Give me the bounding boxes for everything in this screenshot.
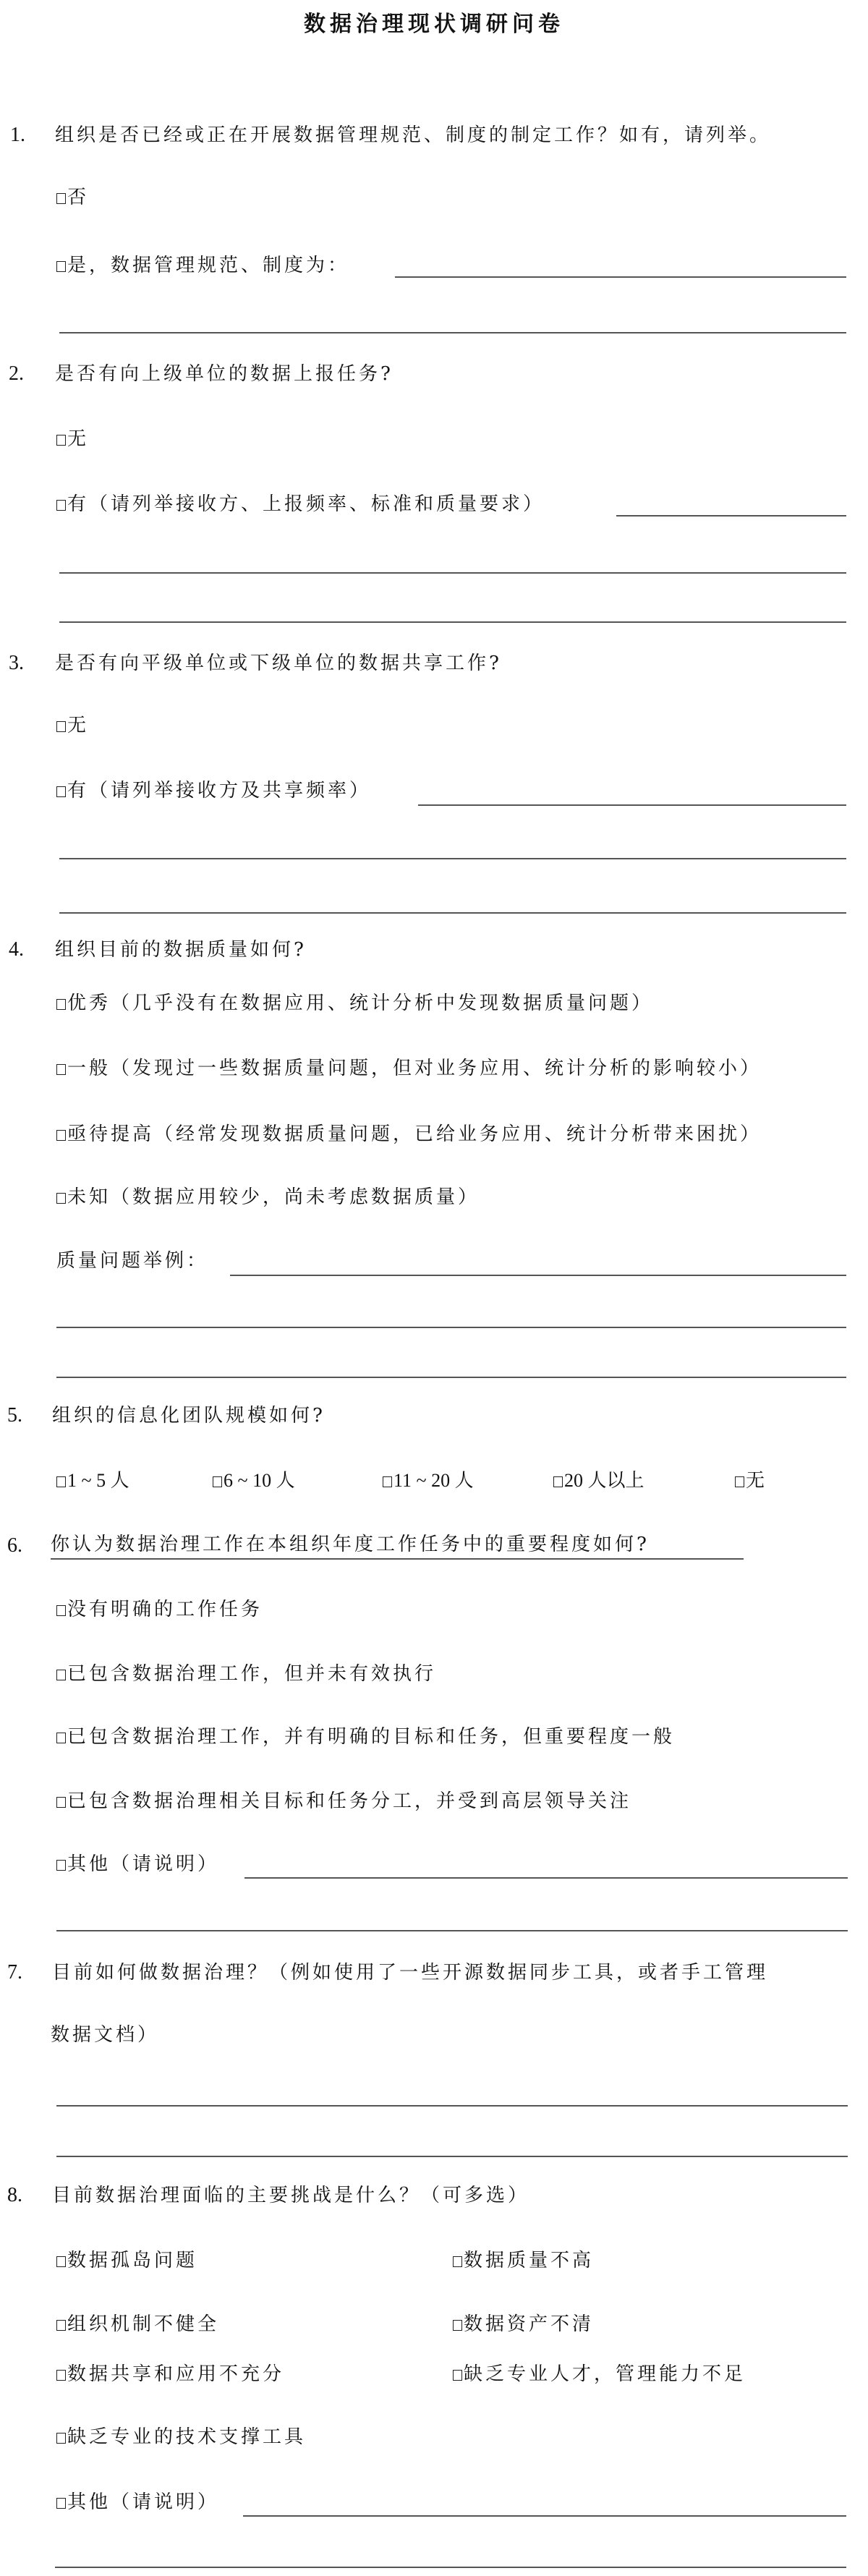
option-label: 有（请列举接收方、上报频率、标准和质量要求）: [67, 493, 545, 515]
q6-option-normal-importance[interactable]: 已包含数据治理工作，并有明确的目标和任务，但重要程度一般: [56, 1725, 675, 1749]
q2-option-none[interactable]: 无: [56, 427, 89, 451]
checkbox-icon[interactable]: [56, 1193, 66, 1204]
q2-answer-line[interactable]: [59, 572, 846, 574]
q1-answer-line[interactable]: [59, 332, 846, 333]
q4-option-needs-improvement[interactable]: 亟待提高（经常发现数据质量问题，已给业务应用、统计分析带来困扰）: [56, 1122, 762, 1147]
q8-other-line[interactable]: [243, 2515, 846, 2517]
q1-answer-line[interactable]: [395, 276, 846, 278]
checkbox-icon[interactable]: [56, 1797, 66, 1808]
q4-example-label: 质量问题举例：: [56, 1249, 208, 1273]
checkbox-icon[interactable]: [56, 193, 66, 204]
checkbox-icon[interactable]: [56, 435, 66, 446]
option-label: 11 ~ 20 人: [393, 1470, 474, 1491]
q4-example-line[interactable]: [56, 1327, 846, 1328]
q8-option-insufficient-sharing[interactable]: 数据共享和应用不充分: [56, 2362, 284, 2386]
q8-option-data-silos[interactable]: 数据孤岛问题: [56, 2248, 197, 2273]
option-label: 有（请列举接收方及共享频率）: [67, 780, 371, 802]
question-8-number: 8.: [7, 2183, 22, 2208]
checkbox-icon[interactable]: [56, 786, 66, 797]
option-label: 否: [67, 187, 89, 208]
question-4-number: 4.: [9, 938, 24, 962]
option-label: 数据质量不高: [464, 2250, 594, 2271]
q5-option-none[interactable]: 无: [735, 1468, 767, 1493]
checkbox-icon[interactable]: [56, 2256, 66, 2267]
option-label: 没有明确的工作任务: [67, 1599, 263, 1620]
question-4-text: 组织目前的数据质量如何?: [55, 938, 307, 962]
q6-option-other[interactable]: 其他（请说明）: [56, 1852, 219, 1876]
q8-option-lack-tools[interactable]: 缺乏专业的技术支撑工具: [56, 2425, 306, 2449]
q6-option-not-executed[interactable]: 已包含数据治理工作，但并未有效执行: [56, 1662, 436, 1686]
q2-answer-line[interactable]: [59, 621, 846, 623]
option-label: 无: [67, 715, 89, 736]
question-1-text: 组织是否已经或正在开展数据管理规范、制度的制定工作？如有，请列举。: [55, 123, 771, 148]
option-label: 已包含数据治理工作，并有明确的目标和任务，但重要程度一般: [67, 1726, 675, 1748]
option-label: 优秀（几乎没有在数据应用、统计分析中发现数据质量问题）: [67, 992, 653, 1014]
question-5-text: 组织的信息化团队规模如何?: [52, 1403, 325, 1428]
checkbox-icon[interactable]: [56, 1064, 66, 1075]
q5-option-11-20[interactable]: 11 ~ 20 人: [383, 1468, 474, 1493]
page-title: 数据治理现状调研问卷: [0, 12, 868, 38]
option-label: 未知（数据应用较少，尚未考虑数据质量）: [67, 1186, 480, 1208]
option-label: 亟待提高（经常发现数据质量问题，已给业务应用、统计分析带来困扰）: [67, 1123, 762, 1145]
checkbox-icon[interactable]: [56, 1670, 66, 1680]
option-label: 1 ~ 5 人: [67, 1470, 129, 1491]
checkbox-icon[interactable]: [383, 1476, 392, 1487]
checkbox-icon[interactable]: [213, 1476, 222, 1487]
option-label: 6 ~ 10 人: [224, 1470, 295, 1491]
question-2-text: 是否有向上级单位的数据上报任务?: [55, 362, 393, 386]
checkbox-icon[interactable]: [56, 261, 66, 272]
option-label: 缺乏专业人才，管理能力不足: [464, 2363, 746, 2385]
q5-option-6-10[interactable]: 6 ~ 10 人: [213, 1468, 295, 1493]
option-label: 数据资产不清: [464, 2313, 594, 2335]
question-5-number: 5.: [7, 1403, 22, 1428]
question-6-number: 6.: [7, 1534, 22, 1558]
checkbox-icon[interactable]: [56, 1733, 66, 1743]
q5-option-20-plus[interactable]: 20 人以上: [553, 1468, 644, 1493]
q8-option-low-quality[interactable]: 数据质量不高: [453, 2248, 594, 2273]
q6-other-line[interactable]: [244, 1877, 848, 1879]
option-label: 已包含数据治理相关目标和任务分工，并受到高层领导关注: [67, 1790, 631, 1812]
option-label: 数据共享和应用不充分: [67, 2363, 284, 2385]
option-label: 数据孤岛问题: [67, 2250, 197, 2271]
question-2-number: 2.: [9, 362, 24, 386]
option-label: 无: [746, 1470, 767, 1492]
q6-other-line[interactable]: [56, 1930, 848, 1931]
checkbox-icon[interactable]: [553, 1476, 563, 1487]
question-7-number: 7.: [7, 1960, 22, 1985]
question-8-text: 目前数据治理面临的主要挑战是什么？（可多选）: [52, 2183, 529, 2208]
q2-answer-line[interactable]: [616, 515, 846, 517]
q4-example-line[interactable]: [56, 1377, 846, 1378]
question-7-text-line1: 目前如何做数据治理？（例如使用了一些开源数据同步工具，或者手工管理: [52, 1960, 768, 1985]
q7-answer-line[interactable]: [56, 2105, 848, 2107]
q3-option-yes[interactable]: 有（请列举接收方及共享频率）: [56, 778, 371, 803]
option-label: 一般（发现过一些数据质量问题，但对业务应用、统计分析的影响较小）: [67, 1058, 762, 1079]
checkbox-icon[interactable]: [56, 2320, 66, 2331]
q8-option-lack-talent[interactable]: 缺乏专业人才，管理能力不足: [453, 2362, 746, 2386]
q3-answer-line[interactable]: [418, 804, 846, 806]
checkbox-icon[interactable]: [735, 1476, 744, 1487]
checkbox-icon[interactable]: [56, 2498, 66, 2509]
question-3-text: 是否有向平级单位或下级单位的数据共享工作?: [55, 651, 502, 676]
q4-example-line[interactable]: [230, 1275, 846, 1276]
q3-answer-line[interactable]: [59, 912, 846, 914]
q8-option-other[interactable]: 其他（请说明）: [56, 2490, 219, 2515]
q6-option-leadership-focus[interactable]: 已包含数据治理相关目标和任务分工，并受到高层领导关注: [56, 1789, 631, 1814]
q1-option-no[interactable]: 否: [56, 185, 89, 210]
option-label: 缺乏专业的技术支撑工具: [67, 2426, 306, 2448]
q4-option-excellent[interactable]: 优秀（几乎没有在数据应用、统计分析中发现数据质量问题）: [56, 991, 653, 1016]
q7-answer-line[interactable]: [56, 2156, 848, 2157]
option-label: 已包含数据治理工作，但并未有效执行: [67, 1663, 436, 1685]
q3-answer-line[interactable]: [59, 858, 846, 859]
q3-option-none[interactable]: 无: [56, 713, 89, 738]
checkbox-icon[interactable]: [56, 500, 66, 511]
q4-option-unknown[interactable]: 未知（数据应用较少，尚未考虑数据质量）: [56, 1185, 480, 1210]
checkbox-icon[interactable]: [453, 2320, 462, 2331]
q8-option-org-mechanism[interactable]: 组织机制不健全: [56, 2312, 219, 2337]
q1-option-yes[interactable]: 是，数据管理规范、制度为：: [56, 253, 349, 278]
q6-option-no-task[interactable]: 没有明确的工作任务: [56, 1597, 263, 1622]
checkbox-icon[interactable]: [56, 1476, 66, 1487]
question-1-number: 1.: [10, 123, 25, 148]
option-label: 是，数据管理规范、制度为：: [67, 255, 349, 276]
q2-option-yes[interactable]: 有（请列举接收方、上报频率、标准和质量要求）: [56, 492, 545, 517]
option-label: 其他（请说明）: [67, 1853, 219, 1875]
q8-other-line[interactable]: [55, 2567, 846, 2568]
q8-option-unclear-assets[interactable]: 数据资产不清: [453, 2312, 594, 2337]
question-3-number: 3.: [9, 651, 24, 676]
option-label: 20 人以上: [564, 1470, 644, 1491]
checkbox-icon[interactable]: [56, 1130, 66, 1141]
checkbox-icon[interactable]: [453, 2256, 462, 2267]
option-label: 其他（请说明）: [67, 2491, 219, 2513]
checkbox-icon[interactable]: [453, 2370, 462, 2381]
checkbox-icon[interactable]: [56, 721, 66, 732]
checkbox-icon[interactable]: [56, 2370, 66, 2381]
option-label: 无: [67, 428, 89, 450]
question-7-text-line2: 数据文档）: [51, 2023, 159, 2047]
checkbox-icon[interactable]: [56, 999, 66, 1010]
checkbox-icon[interactable]: [56, 1860, 66, 1871]
q4-option-average[interactable]: 一般（发现过一些数据质量问题，但对业务应用、统计分析的影响较小）: [56, 1056, 762, 1081]
checkbox-icon[interactable]: [56, 1605, 66, 1616]
q5-option-1-5[interactable]: 1 ~ 5 人: [56, 1468, 129, 1493]
checkbox-icon[interactable]: [56, 2433, 66, 2444]
option-label: 组织机制不健全: [67, 2313, 219, 2335]
question-6-text: 你认为数据治理工作在本组织年度工作任务中的重要程度如何?: [51, 1532, 744, 1560]
